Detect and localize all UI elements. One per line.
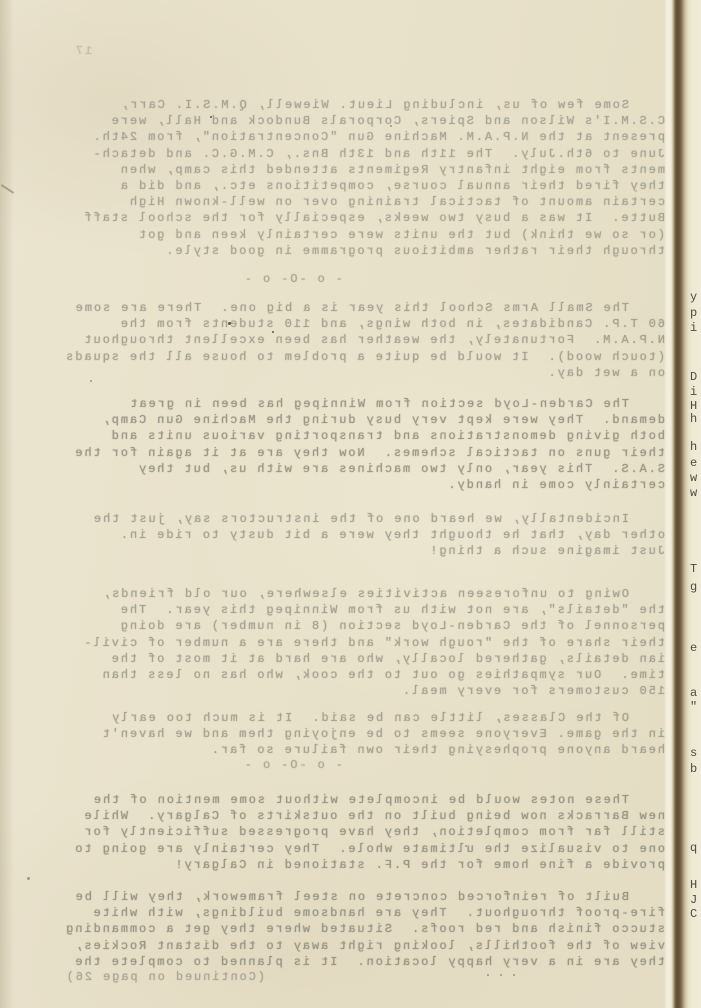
ink-speck xyxy=(90,380,92,382)
paragraph: Some few of us, including Lieut. Wiewell… xyxy=(61,97,665,259)
ink-speck xyxy=(210,116,212,118)
text-line: certain amount of tactical training over… xyxy=(61,194,665,210)
next-page-fragment: b xyxy=(690,762,698,776)
text-line: time. Our sympathies go out to the cook,… xyxy=(61,667,665,683)
next-page-fragment: e xyxy=(690,456,698,470)
text-line: other day, that he thought they were a b… xyxy=(61,527,665,543)
text-line: heard anyone prophesying their own failu… xyxy=(61,742,665,758)
text-line: Built of reinforced concrete on steel fr… xyxy=(61,889,665,905)
next-page-fragment: w xyxy=(690,471,698,485)
section-separator: - o -O- o - xyxy=(143,272,343,286)
text-line: ments from eight infantry Regiments atte… xyxy=(61,162,665,178)
next-page-fragment: h xyxy=(690,412,698,426)
text-line: provide a fine home for the P.F. station… xyxy=(61,857,665,873)
text-line: they fired their annual course, competit… xyxy=(61,178,665,194)
continuation-note: (Continued on page 26) xyxy=(65,970,265,984)
next-page-fragment: s xyxy=(690,746,698,760)
text-line: Some few of us, including Lieut. Wiewell… xyxy=(61,97,665,113)
text-line: in the game. Everyone seems to be enjoyi… xyxy=(61,726,665,742)
text-line: Incidentally, we heard one of the instru… xyxy=(61,511,665,527)
text-line: (touch wood). It would be quite a proble… xyxy=(61,349,665,365)
text-line: the "details", are not with us from Winn… xyxy=(61,602,665,618)
text-line: new Barracks now being built on the outs… xyxy=(61,808,665,824)
text-line: Just imagine such a thing! xyxy=(61,543,665,559)
ink-speck xyxy=(390,125,392,127)
paragraph: The Small Arms School this year is a big… xyxy=(61,300,665,381)
text-line: June to 6th.July. The 11th and 13th Bns.… xyxy=(61,146,665,162)
ink-speck xyxy=(465,845,467,847)
text-line: These notes would be incomplete without … xyxy=(61,792,665,808)
text-line: ian details, gathered locally, who are h… xyxy=(61,651,665,667)
paragraph: Incidentally, we heard one of the instru… xyxy=(61,511,665,560)
text-line: certainly come in handy. xyxy=(61,477,665,493)
paragraph: Of the Classes, little can be said. It i… xyxy=(61,710,665,759)
next-page-fragment: H xyxy=(690,878,698,892)
text-line: The Small Arms School this year is a big… xyxy=(61,300,665,316)
text-line: personnel of the Carden-Loyd section (8 … xyxy=(61,618,665,634)
section-separator: - o -O- o - xyxy=(143,758,343,772)
next-page-fragment: " xyxy=(690,700,698,714)
text-line: on a wet day. xyxy=(61,365,665,381)
next-page-fragment: h xyxy=(690,440,698,454)
ink-speck xyxy=(272,331,274,333)
next-page-fragment: H xyxy=(690,399,698,413)
next-page-fragment: g xyxy=(690,580,698,594)
text-line: their guns on tactical schemes. Now they… xyxy=(61,445,665,461)
next-page-fragment: J xyxy=(690,893,698,907)
text-line: stucco finish and red roofs. Situated wh… xyxy=(61,921,665,937)
next-page-fragment: i xyxy=(690,385,698,399)
next-page-fragment: i xyxy=(690,321,698,335)
next-page-edge: ypiDiHhhewwTgea"sbqHJC xyxy=(688,0,701,1008)
text-line: Butte. It was a busy two weeks, especial… xyxy=(61,210,665,226)
text-line: view of the foothills, looking right awa… xyxy=(61,938,665,954)
text-line: through their rather ambitious programme… xyxy=(61,243,665,259)
next-page-fragment: p xyxy=(690,306,698,320)
text-line: The Carden-Loyd section from Winnipeg ha… xyxy=(61,396,665,412)
text-line: 150 customers for every meal. xyxy=(61,683,665,699)
ink-speck xyxy=(513,974,515,976)
next-page-fragment: e xyxy=(690,641,698,655)
text-line: S.A.S. This year, only two machines are … xyxy=(61,461,665,477)
text-line: one to visualize the ultimate whole. The… xyxy=(61,841,665,857)
ink-speck xyxy=(27,877,30,880)
page-gutter xyxy=(664,0,688,1008)
text-line: N.P.A.M. Fortunately, the weather has be… xyxy=(61,332,665,348)
paragraph: The Carden-Loyd section from Winnipeg ha… xyxy=(61,396,665,493)
next-page-fragment: T xyxy=(690,562,698,576)
paragraph: Built of reinforced concrete on steel fr… xyxy=(61,889,665,970)
text-line: demand. They were kept very busy during … xyxy=(61,412,665,428)
next-page-fragment: w xyxy=(690,486,698,500)
paragraph: Owing to unforeseen activities elsewhere… xyxy=(61,586,665,699)
next-page-fragment: a xyxy=(690,686,698,700)
text-line: fire-proof throughout. They are handsome… xyxy=(61,905,665,921)
ink-speck xyxy=(228,322,231,325)
text-line: Owing to unforeseen activities elsewhere… xyxy=(61,586,665,602)
ink-speck xyxy=(487,974,489,976)
text-line: (or so we think) but the units were cert… xyxy=(61,227,665,243)
next-page-fragment: C xyxy=(690,907,698,921)
next-page-fragment: y xyxy=(690,290,698,304)
text-line: C.S.M.I's Wilson and Spiers, Corporals B… xyxy=(61,113,665,129)
paragraph: These notes would be incomplete without … xyxy=(61,792,665,873)
next-page-fragment: D xyxy=(690,370,698,384)
page-scan: 17 Some few of us, including Lieut. Wiew… xyxy=(0,0,701,1008)
text-line: Of the Classes, little can be said. It i… xyxy=(61,710,665,726)
text-column: Some few of us, including Lieut. Wiewell… xyxy=(61,0,665,1008)
ink-speck xyxy=(500,974,502,976)
next-page-fragment: q xyxy=(690,841,698,855)
text-line: 60 T.P. Candidates, in both wings, and 1… xyxy=(61,316,665,332)
bleed-through-text-layer: 17 Some few of us, including Lieut. Wiew… xyxy=(0,0,700,1008)
text-line: their share of the "rough work" and ther… xyxy=(61,635,665,651)
text-line: both giving demonstrations and transport… xyxy=(61,428,665,444)
text-line: still far from completion, they have pro… xyxy=(61,824,665,840)
text-line: present at the N.P.A.M. Machine Gun "Con… xyxy=(61,129,665,145)
text-line: they are in a very happy location. It is… xyxy=(61,954,665,970)
